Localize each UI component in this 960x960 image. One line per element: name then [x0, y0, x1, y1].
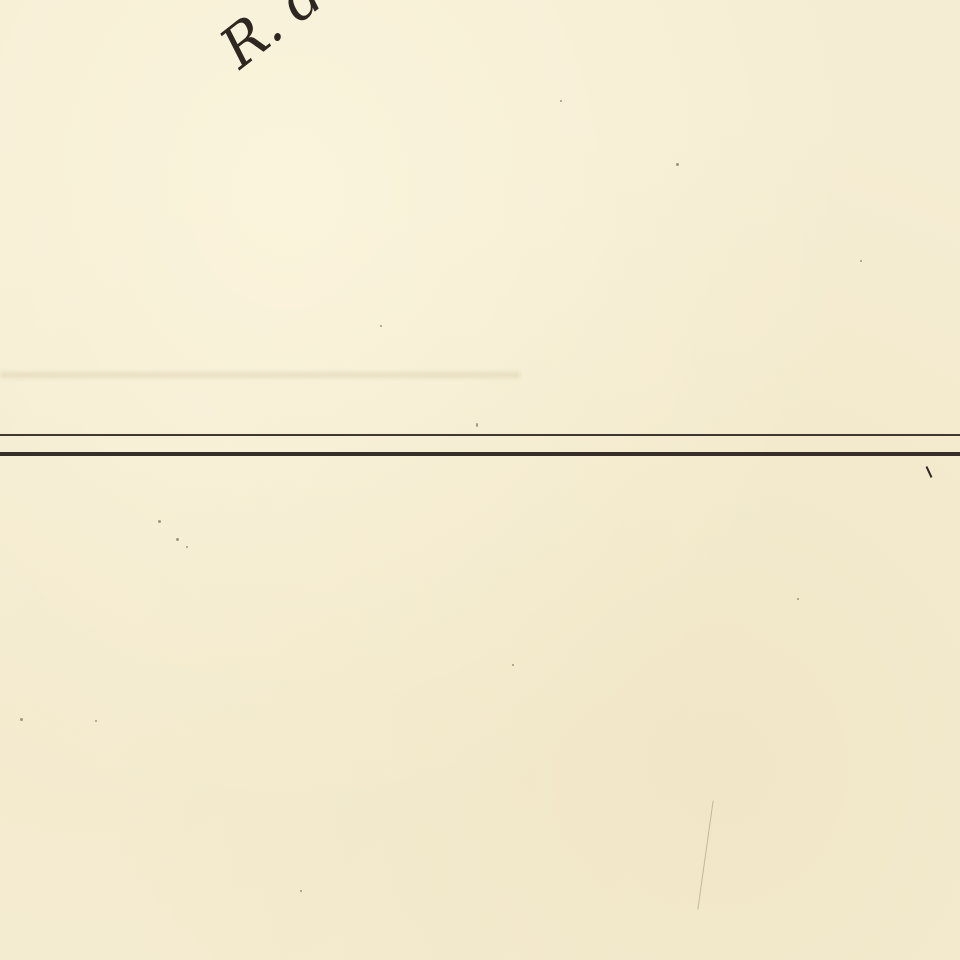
paper-speck: [512, 664, 514, 666]
paper-speck: [300, 890, 302, 892]
paper-speck: [20, 718, 23, 721]
aged-paper-background: [0, 0, 960, 960]
paper-speck: [860, 260, 862, 262]
paper-speck: [797, 598, 799, 600]
paper-speck: [676, 163, 679, 166]
neatline-outer-rule: [0, 452, 960, 456]
paper-speck: [186, 546, 188, 548]
paper-speck: [380, 325, 382, 327]
paper-speck: [176, 538, 179, 541]
paper-speck: [158, 520, 161, 523]
paper-speck: [560, 100, 562, 102]
paper-fold-crease: [0, 370, 520, 380]
neatline-inner-rule: [0, 434, 960, 436]
paper-speck: [95, 720, 97, 722]
paper-speck: [476, 423, 478, 427]
